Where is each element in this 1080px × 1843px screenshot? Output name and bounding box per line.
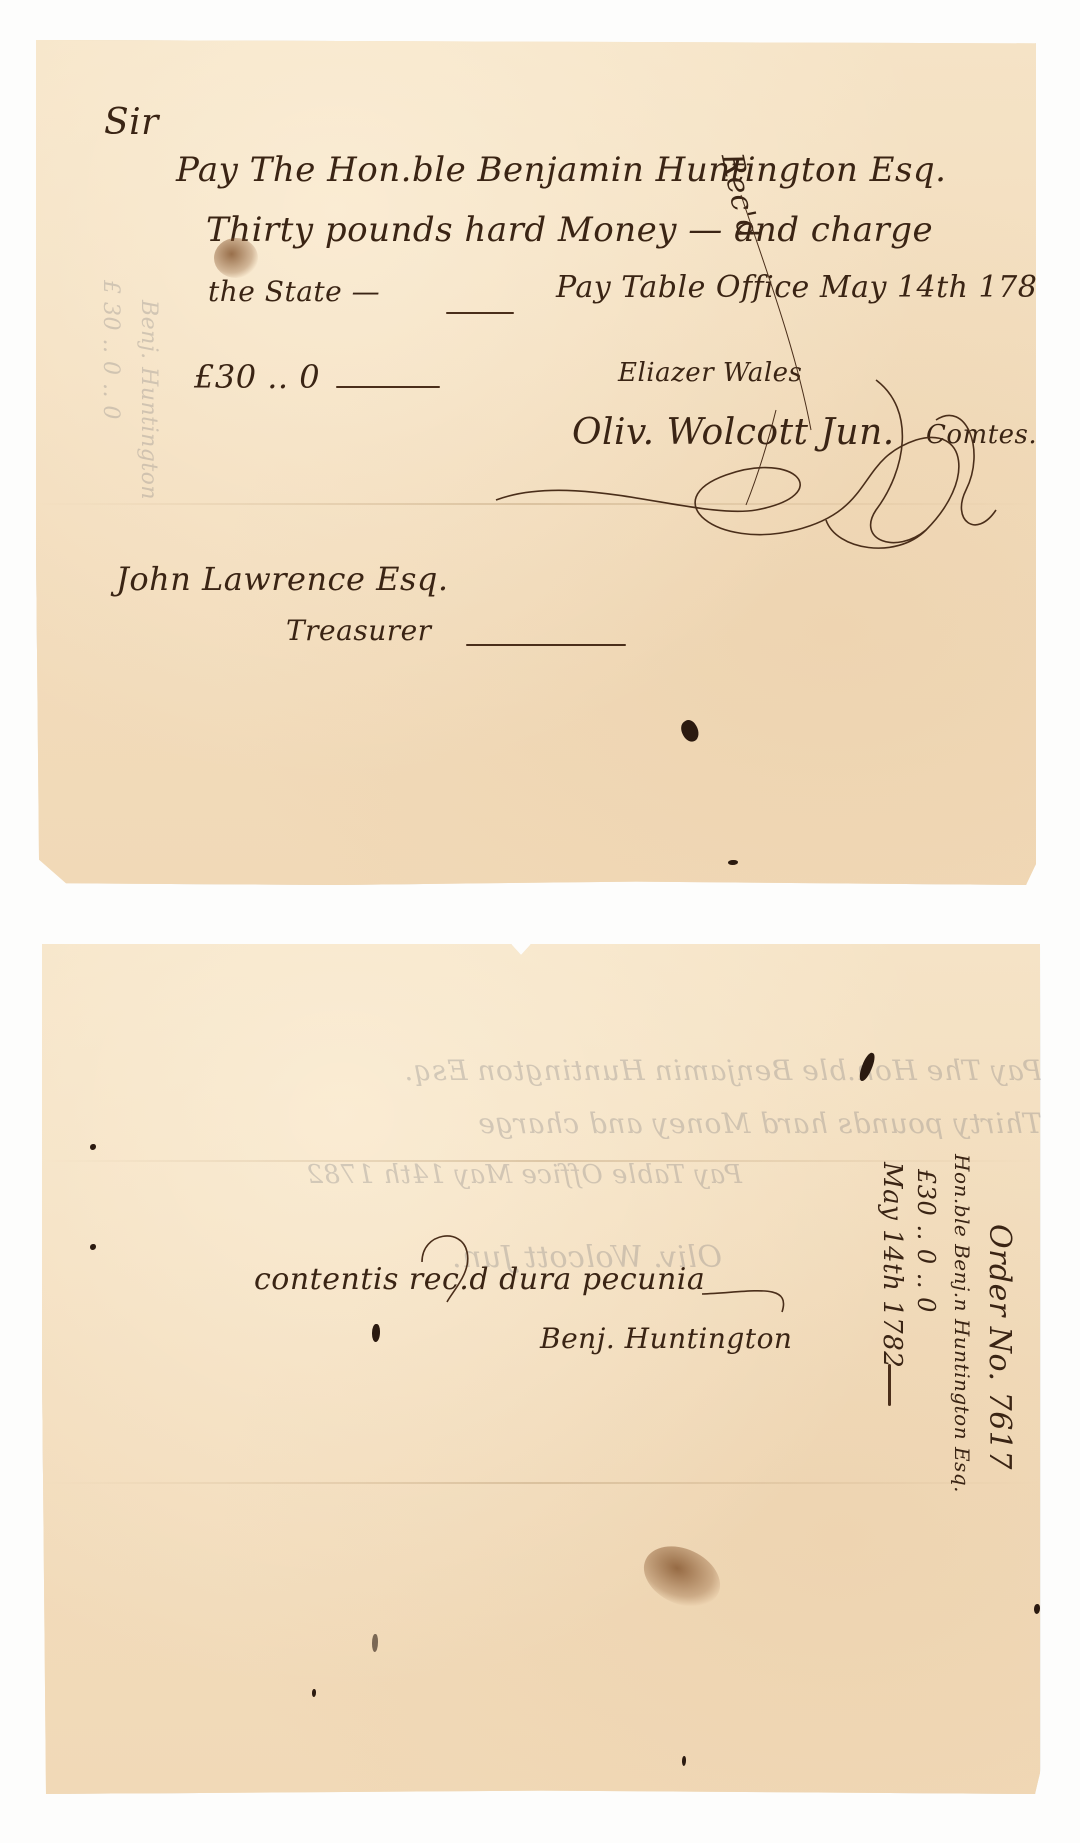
ink-speck (1034, 1604, 1040, 1614)
salutation: Sir (104, 102, 159, 143)
docket-amount: £30 .. 0 .. 0 (912, 1169, 940, 1313)
cancel-stroke (736, 190, 816, 510)
ink-stain (214, 238, 258, 278)
receipt-flourish (422, 1222, 822, 1312)
order-line-charge: the State — (208, 275, 380, 308)
docket-rule (888, 1364, 891, 1406)
ink-blot (678, 717, 703, 744)
document-back: Pay The Hon.ble Benjamin Huntington Esq.… (42, 944, 1040, 1794)
ink-blot (372, 1324, 380, 1342)
order-line-amount-words: Thirty pounds hard Money — and charge (206, 210, 933, 250)
ink-speck (90, 1244, 96, 1250)
offset-text: Benj. Huntington (136, 300, 161, 500)
ink-speck (728, 860, 738, 865)
docket-order-number: Order No. 7617 (982, 1224, 1017, 1470)
receipt-signature: Benj. Huntington (540, 1322, 792, 1355)
amount-figure: £30 .. 0 (194, 358, 320, 396)
document-front: £ 30 .. 0 .. 0 Benj. Huntington Sir Pay … (36, 40, 1036, 885)
ink-speck (312, 1689, 316, 1697)
docket-date: May 14th 1782 (877, 1162, 907, 1368)
treasurer-rule (466, 644, 626, 646)
dash-rule (446, 312, 514, 314)
addressee-title: Treasurer (286, 614, 432, 647)
offset-text: £ 30 .. 0 .. 0 (98, 280, 123, 420)
docket-payee: Hon.ble Benj.n Huntington Esq. (950, 1154, 974, 1493)
addressee-name: John Lawrence Esq. (116, 560, 449, 598)
ink-speck (682, 1756, 686, 1766)
order-line-payee: Pay The Hon.ble Benjamin Huntington Esq. (176, 150, 947, 190)
ink-speck (372, 1634, 378, 1652)
ink-stain (634, 1535, 730, 1619)
fold-line (42, 1482, 1040, 1484)
ink-speck (90, 1144, 96, 1150)
amount-rule (336, 386, 440, 388)
